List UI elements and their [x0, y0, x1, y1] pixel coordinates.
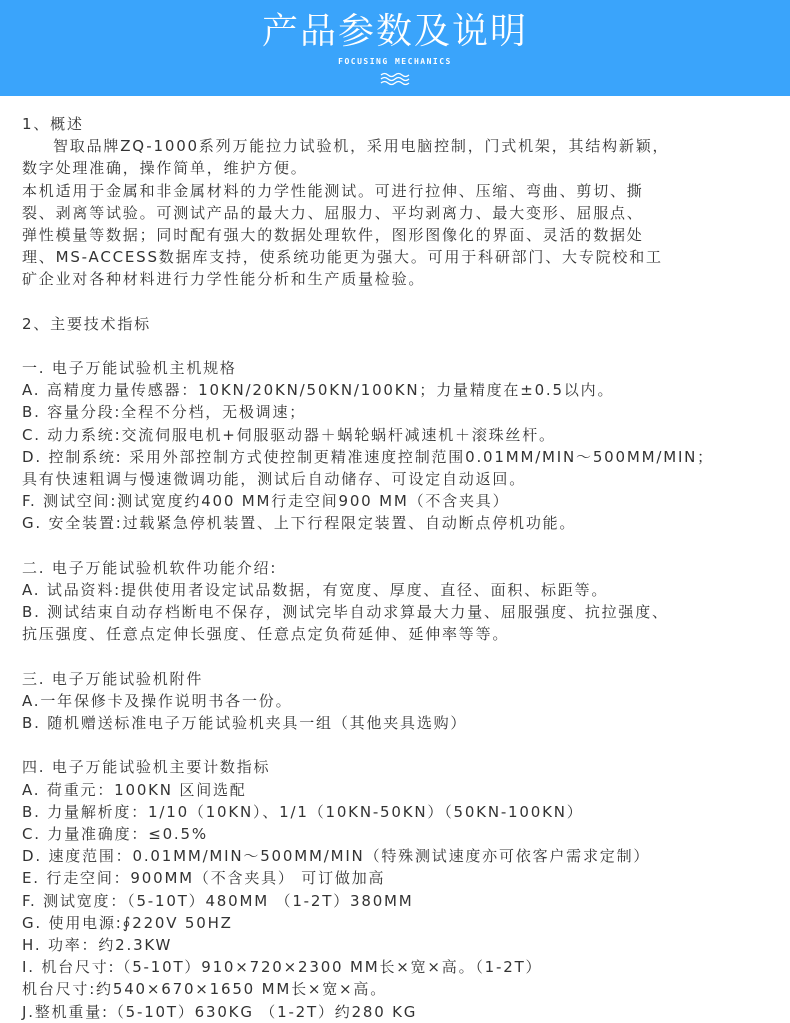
spec-item: G. 安全装置:过载紧急停机装置、上下行程限定装置、自动断点停机功能。 — [22, 512, 790, 534]
spec-item: A. 荷重元：100KN 区间选配 — [22, 779, 790, 801]
spec-item: F. 测试宽度：（5-10T）480MM （1-2T）380MM — [22, 890, 790, 912]
spacer — [22, 646, 790, 668]
spec-item: A.一年保修卡及操作说明书各一份。 — [22, 690, 790, 712]
spec-item: D. 速度范围：0.01MM/MIN～500MM/MIN（特殊测试速度亦可依客户… — [22, 845, 790, 867]
spec-item: A. 高精度力量传感器：10KN/20KN/50KN/100KN；力量精度在±0… — [22, 379, 790, 401]
spec-item: B. 测试结束自动存档断电不保存，测试完毕自动求算最大力量、屈服强度、抗拉强度、 — [22, 601, 790, 623]
spacer — [22, 291, 790, 313]
spec-item: B. 容量分段:全程不分档，无极调速； — [22, 401, 790, 423]
subsection-heading-software: 二. 电子万能试验机软件功能介绍: — [22, 557, 790, 579]
spacer — [22, 335, 790, 357]
spec-item: 机台尺寸:约540×670×1650 MM长×宽×高。 — [22, 978, 790, 1000]
paragraph-line: 矿企业对各种材料进行力学性能分析和生产质量检验。 — [22, 268, 790, 290]
spec-item: C. 动力系统:交流伺服电机+伺服驱动器＋蜗轮蜗杆减速机＋滚珠丝杆。 — [22, 424, 790, 446]
paragraph-line: 裂、剥离等试验。可测试产品的最大力、屈服力、平均剥离力、最大变形、屈服点、 — [22, 202, 790, 224]
spec-item: I. 机台尺寸:（5-10T）910×720×2300 MM长×宽×高。（1-2… — [22, 956, 790, 978]
spec-item: G. 使用电源:∮220V 50HZ — [22, 912, 790, 934]
waves-icon — [380, 72, 410, 86]
subsection-heading-metrics: 四. 电子万能试验机主要计数指标 — [22, 756, 790, 778]
spec-item: F. 测试空间:测试宽度约400 MM行走空间900 MM（不含夹具） — [22, 490, 790, 512]
spec-item: 具有快速粗调与慢速微调功能，测试后自动储存、可设定自动返回。 — [22, 468, 790, 490]
header-banner: 产品参数及说明 FOCUSING MECHANICS — [0, 0, 790, 96]
spec-item: D. 控制系统: 采用外部控制方式使控制更精准速度控制范围0.01MM/MIN～… — [22, 446, 790, 468]
paragraph-line: 数字处理准确，操作简单，维护方便。 — [22, 157, 790, 179]
spec-item: E. 行走空间：900MM（不含夹具） 可订做加高 — [22, 867, 790, 889]
spacer — [22, 734, 790, 756]
spec-item: B. 随机赠送标准电子万能试验机夹具一组（其他夹具选购） — [22, 712, 790, 734]
spec-item: B. 力量解析度：1/10（10KN）、1/1（10KN-50KN）（50KN-… — [22, 801, 790, 823]
subsection-heading-accessories: 三. 电子万能试验机附件 — [22, 668, 790, 690]
spec-item: H. 功率：约2.3KW — [22, 934, 790, 956]
page-subtitle: FOCUSING MECHANICS — [0, 57, 790, 67]
subsection-heading-host-specs: 一. 电子万能试验机主机规格 — [22, 357, 790, 379]
page-title: 产品参数及说明 — [0, 10, 790, 54]
spec-item: A. 试品资料:提供使用者设定试品数据，有宽度、厚度、直径、面积、标距等。 — [22, 579, 790, 601]
section-heading-overview: 1、概述 — [22, 113, 790, 135]
spec-item: 抗压强度、任意点定伸长强度、任意点定负荷延伸、延伸率等等。 — [22, 623, 790, 645]
paragraph-line: 理、MS-ACCESS数据库支持，使系统功能更为强大。可用于科研部门、大专院校和… — [22, 246, 790, 268]
section-heading-specs: 2、主要技术指标 — [22, 313, 790, 335]
paragraph-line: 弹性模量等数据；同时配有强大的数据处理软件，图形图像化的界面、灵活的数据处 — [22, 224, 790, 246]
paragraph-line: 本机适用于金属和非金属材料的力学性能测试。可进行拉伸、压缩、弯曲、剪切、撕 — [22, 180, 790, 202]
spacer — [22, 535, 790, 557]
spec-item: C. 力量准确度：≤0.5% — [22, 823, 790, 845]
spec-item: J.整机重量:（5-10T）630KG （1-2T）约280 KG — [22, 1001, 790, 1019]
paragraph-line: 智取品牌ZQ-1000系列万能拉力试验机，采用电脑控制，门式机架，其结构新颖， — [22, 135, 790, 157]
product-description: 1、概述 智取品牌ZQ-1000系列万能拉力试验机，采用电脑控制，门式机架，其结… — [22, 113, 790, 1018]
